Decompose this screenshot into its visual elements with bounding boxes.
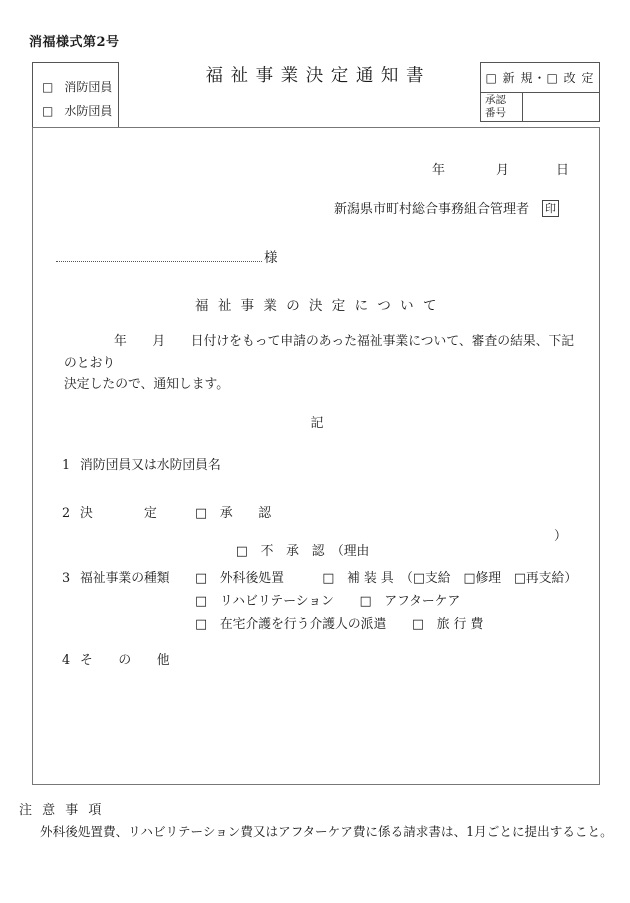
member-option-label: 消防団員 xyxy=(64,78,112,95)
date-year-label: 年 xyxy=(432,159,445,178)
body-paragraph: 年 月 日付けをもって申請のあった福祉事業について、審査の結果、下記のとおり 決… xyxy=(64,331,579,396)
approval-number-label: 承認 番号 xyxy=(481,93,523,121)
option-approved: □ 承 認 xyxy=(195,502,615,525)
item-number: 3 xyxy=(62,571,80,586)
member-option-label: 水防団員 xyxy=(64,102,112,119)
notes-line: 外科後処置費、リハビリテーション費又はアフターケア費に係る請求書は、1月ごとに提… xyxy=(40,821,613,840)
record-mark: 記 xyxy=(33,412,601,431)
checkbox-icon: □ xyxy=(42,104,53,118)
notes-heading: 注 意 事 項 xyxy=(19,799,104,818)
approval-number-value xyxy=(523,93,599,121)
approval-label-line2: 番号 xyxy=(485,107,522,121)
member-option-flood-brigade: □ 水防団員 xyxy=(42,102,118,119)
decision-options: □ 承 認 □ 不 承 認 （理由 ） xyxy=(195,502,615,548)
new-or-revised-options: □ 新 規・□ 改 定 xyxy=(481,63,599,93)
form-item-decision: 2決 定 □ 承 認 □ 不 承 認 （理由 ） xyxy=(62,502,157,521)
welfare-type-options: □ 外科後処置 □ 補 装 具 （□支給 □修理 □再支給） □ リハビリテーシ… xyxy=(195,567,615,636)
body-paragraph-line1: 年 月 日付けをもって申請のあった福祉事業について、審査の結果、下記のとおり xyxy=(64,331,579,374)
date-day-label: 日 xyxy=(556,159,569,178)
form-item-other: 4そ の 他 xyxy=(62,649,170,668)
status-box: □ 新 規・□ 改 定 承認 番号 xyxy=(480,62,600,122)
reason-closing-paren: ） xyxy=(554,525,567,544)
option-not-approved: □ 不 承 認 （理由 ） xyxy=(195,525,615,548)
date-month-label: 月 xyxy=(496,159,509,178)
option-not-approved-text: □ 不 承 認 （理由 xyxy=(236,544,370,559)
option-rehab-aftercare: □ リハビリテーション □ アフターケア xyxy=(195,590,615,613)
form-number: 消福様式第2号 xyxy=(29,31,120,50)
member-option-fire-brigade: □ 消防団員 xyxy=(42,78,118,95)
item-label: 福祉事業の種類 xyxy=(80,571,170,586)
option-surgery-prosthetics: □ 外科後処置 □ 補 装 具 （□支給 □修理 □再支給） xyxy=(195,567,615,590)
form-item-welfare-type: 3福祉事業の種類 □ 外科後処置 □ 補 装 具 （□支給 □修理 □再支給） … xyxy=(62,567,170,586)
item-label: 決 定 xyxy=(80,506,157,521)
item-label: そ の 他 xyxy=(80,653,170,668)
addressee-honorific: 様 xyxy=(264,250,278,266)
body-paragraph-line2: 決定したので、通知します。 xyxy=(64,374,579,396)
item-number: 2 xyxy=(62,506,80,521)
approval-number-row: 承認 番号 xyxy=(481,93,599,121)
addressee-line: 様 xyxy=(56,246,278,266)
addressee-dotted-line xyxy=(56,247,262,262)
form-item-member-name: 1消防団員又は水防団員名 xyxy=(62,454,221,473)
item-number: 1 xyxy=(62,458,80,473)
seal-stamp: 印 xyxy=(542,200,559,217)
issuer-name: 新潟県市町村総合事務組合管理者 xyxy=(334,202,529,217)
issuer-line: 新潟県市町村総合事務組合管理者印 xyxy=(334,198,559,217)
member-type-box: □ 消防団員 □ 水防団員 xyxy=(32,62,119,128)
approval-label-line1: 承認 xyxy=(485,94,522,108)
subject-line: 福 祉 事 業 の 決 定 に つ い て xyxy=(33,294,601,314)
item-label: 消防団員又は水防団員名 xyxy=(80,458,221,473)
checkbox-icon: □ xyxy=(42,80,53,94)
form-body-frame: 年 月 日 新潟県市町村総合事務組合管理者印 様 福 祉 事 業 の 決 定 に… xyxy=(32,127,600,785)
item-number: 4 xyxy=(62,653,80,668)
option-homecare-travel: □ 在宅介護を行う介護人の派遣 □ 旅 行 費 xyxy=(195,613,615,636)
document-page: 消福様式第2号 福 祉 事 業 決 定 通 知 書 □ 消防団員 □ 水防団員 … xyxy=(0,0,630,903)
